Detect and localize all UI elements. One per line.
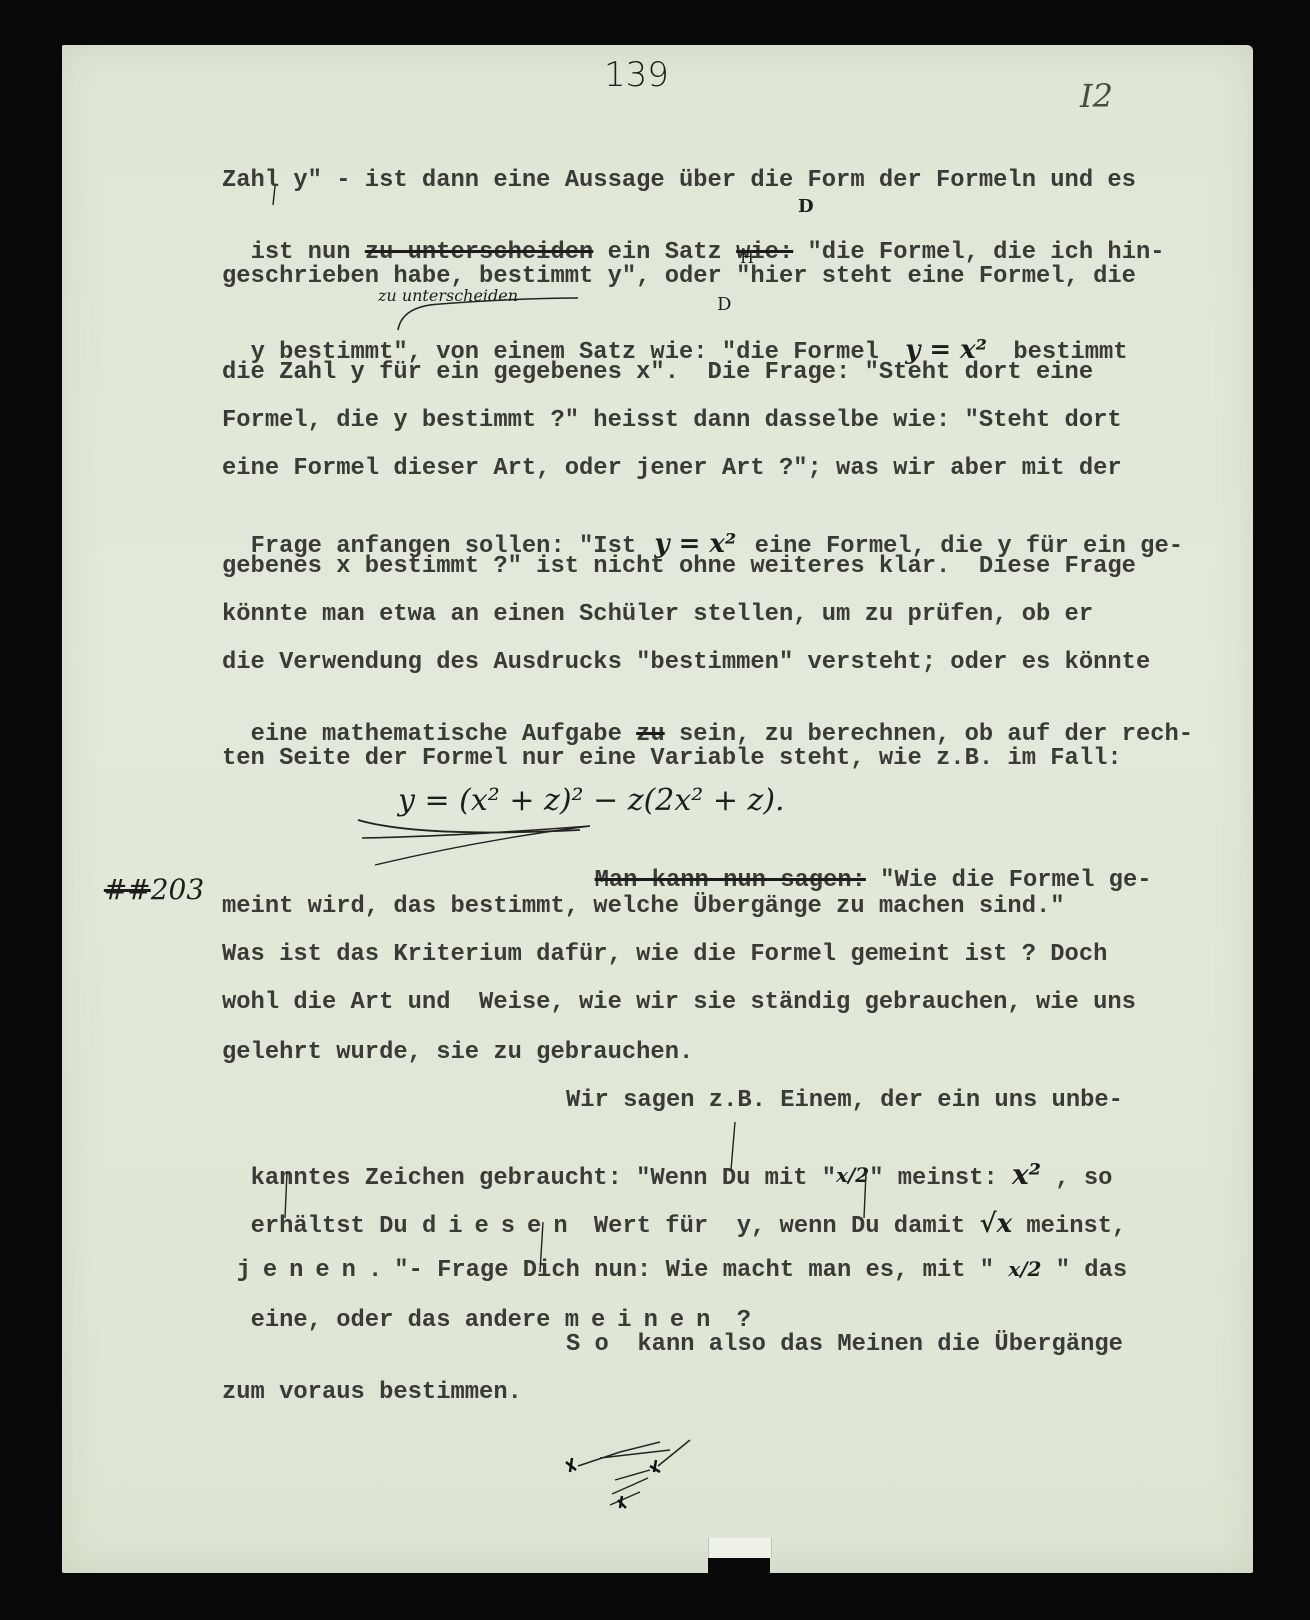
pen-marks <box>0 0 1310 1620</box>
